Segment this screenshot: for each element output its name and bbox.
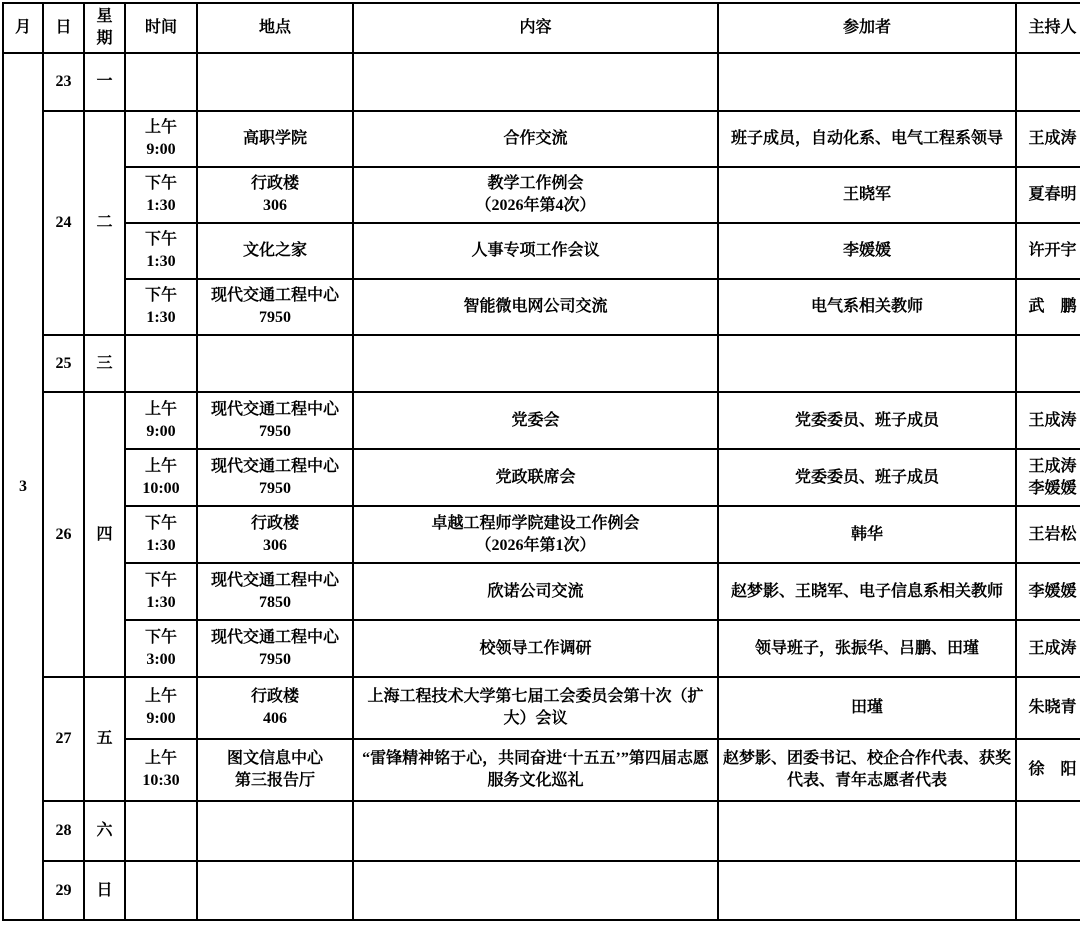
cell-day: 24 [43, 111, 84, 335]
cell-content: 智能微电网公司交流 [353, 279, 718, 335]
cell-content [353, 861, 718, 920]
cell-location: 文化之家 [197, 223, 353, 279]
cell-location [197, 53, 353, 111]
cell-participants: 电气系相关教师 [718, 279, 1016, 335]
cell-content: 党委会 [353, 392, 718, 449]
cell-location: 现代交通工程中心 7950 [197, 392, 353, 449]
cell-host [1016, 53, 1080, 111]
cell-time [125, 53, 197, 111]
cell-day: 25 [43, 335, 84, 392]
cell-content: 卓越工程师学院建设工作例会 （2026年第1次） [353, 506, 718, 563]
cell-content: 党政联席会 [353, 449, 718, 506]
cell-content: 欣诺公司交流 [353, 563, 718, 620]
cell-host [1016, 335, 1080, 392]
cell-weekday: 一 [84, 53, 125, 111]
table-row: 下午 1:30 行政楼 306 卓越工程师学院建设工作例会 （2026年第1次）… [3, 506, 1080, 563]
col-header-day: 日 [43, 3, 84, 53]
col-header-content: 内容 [353, 3, 718, 53]
header-row: 月 日 星期 时间 地点 内容 参加者 主持人 [3, 3, 1080, 53]
cell-location [197, 335, 353, 392]
cell-host: 朱晓青 [1016, 677, 1080, 739]
cell-time [125, 335, 197, 392]
table-row: 26 四 上午 9:00 现代交通工程中心 7950 党委会 党委委员、班子成员… [3, 392, 1080, 449]
table-row: 29 日 [3, 861, 1080, 920]
cell-host: 王岩松 [1016, 506, 1080, 563]
cell-time: 下午 1:30 [125, 167, 197, 223]
cell-day: 23 [43, 53, 84, 111]
cell-day: 27 [43, 677, 84, 801]
cell-content: 教学工作例会 （2026年第4次） [353, 167, 718, 223]
cell-day: 29 [43, 861, 84, 920]
cell-location: 现代交通工程中心 7950 [197, 449, 353, 506]
cell-time: 下午 1:30 [125, 506, 197, 563]
cell-content [353, 801, 718, 861]
cell-host: 王成涛 [1016, 111, 1080, 167]
cell-participants: 党委委员、班子成员 [718, 449, 1016, 506]
cell-location: 现代交通工程中心 7850 [197, 563, 353, 620]
cell-participants: 党委委员、班子成员 [718, 392, 1016, 449]
cell-content: 人事专项工作会议 [353, 223, 718, 279]
cell-participants [718, 53, 1016, 111]
cell-participants [718, 335, 1016, 392]
cell-time: 下午 1:30 [125, 279, 197, 335]
cell-participants: 田瑾 [718, 677, 1016, 739]
cell-location: 现代交通工程中心 7950 [197, 279, 353, 335]
table-row: 3 23 一 [3, 53, 1080, 111]
cell-host: 王成涛 [1016, 392, 1080, 449]
cell-host: 许开宇 [1016, 223, 1080, 279]
cell-host: 武 鹏 [1016, 279, 1080, 335]
cell-host [1016, 801, 1080, 861]
cell-time [125, 861, 197, 920]
cell-host [1016, 861, 1080, 920]
table-row: 24 二 上午 9:00 高职学院 合作交流 班子成员，自动化系、电气工程系领导… [3, 111, 1080, 167]
cell-time: 上午 10:30 [125, 739, 197, 801]
col-header-time: 时间 [125, 3, 197, 53]
col-header-location: 地点 [197, 3, 353, 53]
cell-day: 28 [43, 801, 84, 861]
table-row: 下午 3:00 现代交通工程中心 7950 校领导工作调研 领导班子，张振华、吕… [3, 620, 1080, 677]
table-row: 28 六 [3, 801, 1080, 861]
cell-weekday: 三 [84, 335, 125, 392]
cell-location: 现代交通工程中心 7950 [197, 620, 353, 677]
cell-participants: 王晓军 [718, 167, 1016, 223]
table-row: 下午 1:30 文化之家 人事专项工作会议 李媛媛 许开宇 [3, 223, 1080, 279]
cell-weekday: 日 [84, 861, 125, 920]
cell-content [353, 53, 718, 111]
cell-location [197, 801, 353, 861]
cell-host: 王成涛 [1016, 620, 1080, 677]
cell-participants: 赵梦影、团委书记、校企合作代表、获奖代表、青年志愿者代表 [718, 739, 1016, 801]
col-header-weekday: 星期 [84, 3, 125, 53]
schedule-page: 月 日 星期 时间 地点 内容 参加者 主持人 3 23 一 24 二 上午 9… [0, 0, 1080, 925]
col-header-month: 月 [3, 3, 43, 53]
col-header-host: 主持人 [1016, 3, 1080, 53]
cell-participants: 韩华 [718, 506, 1016, 563]
col-header-participants: 参加者 [718, 3, 1016, 53]
table-row: 下午 1:30 行政楼 306 教学工作例会 （2026年第4次） 王晓军 夏春… [3, 167, 1080, 223]
cell-time: 下午 3:00 [125, 620, 197, 677]
schedule-table: 月 日 星期 时间 地点 内容 参加者 主持人 3 23 一 24 二 上午 9… [2, 2, 1080, 921]
table-row: 上午 10:00 现代交通工程中心 7950 党政联席会 党委委员、班子成员 王… [3, 449, 1080, 506]
cell-host: 王成涛 李媛媛 [1016, 449, 1080, 506]
cell-participants: 领导班子，张振华、吕鹏、田瑾 [718, 620, 1016, 677]
cell-content: 合作交流 [353, 111, 718, 167]
table-row: 上午 10:30 图文信息中心 第三报告厅 “雷锋精神铭于心，共同奋进‘十五五’… [3, 739, 1080, 801]
cell-time: 下午 1:30 [125, 563, 197, 620]
cell-location: 行政楼 406 [197, 677, 353, 739]
cell-location: 高职学院 [197, 111, 353, 167]
table-row: 27 五 上午 9:00 行政楼 406 上海工程技术大学第七届工会委员会第十次… [3, 677, 1080, 739]
cell-location: 图文信息中心 第三报告厅 [197, 739, 353, 801]
cell-location: 行政楼 306 [197, 167, 353, 223]
cell-month: 3 [3, 53, 43, 920]
cell-time: 上午 9:00 [125, 392, 197, 449]
cell-time: 下午 1:30 [125, 223, 197, 279]
cell-location: 行政楼 306 [197, 506, 353, 563]
cell-day: 26 [43, 392, 84, 677]
table-row: 下午 1:30 现代交通工程中心 7950 智能微电网公司交流 电气系相关教师 … [3, 279, 1080, 335]
cell-host: 李媛媛 [1016, 563, 1080, 620]
cell-participants [718, 861, 1016, 920]
table-row: 下午 1:30 现代交通工程中心 7850 欣诺公司交流 赵梦影、王晓军、电子信… [3, 563, 1080, 620]
cell-content: 校领导工作调研 [353, 620, 718, 677]
cell-time [125, 801, 197, 861]
cell-weekday: 二 [84, 111, 125, 335]
cell-participants [718, 801, 1016, 861]
cell-time: 上午 9:00 [125, 111, 197, 167]
cell-weekday: 四 [84, 392, 125, 677]
cell-time: 上午 9:00 [125, 677, 197, 739]
cell-weekday: 五 [84, 677, 125, 801]
cell-participants: 李媛媛 [718, 223, 1016, 279]
cell-time: 上午 10:00 [125, 449, 197, 506]
cell-location [197, 861, 353, 920]
cell-content: 上海工程技术大学第七届工会委员会第十次（扩大）会议 [353, 677, 718, 739]
cell-host: 夏春明 [1016, 167, 1080, 223]
cell-content: “雷锋精神铭于心，共同奋进‘十五五’”第四届志愿服务文化巡礼 [353, 739, 718, 801]
cell-participants: 班子成员，自动化系、电气工程系领导 [718, 111, 1016, 167]
cell-participants: 赵梦影、王晓军、电子信息系相关教师 [718, 563, 1016, 620]
cell-host: 徐 阳 [1016, 739, 1080, 801]
table-row: 25 三 [3, 335, 1080, 392]
cell-weekday: 六 [84, 801, 125, 861]
cell-content [353, 335, 718, 392]
